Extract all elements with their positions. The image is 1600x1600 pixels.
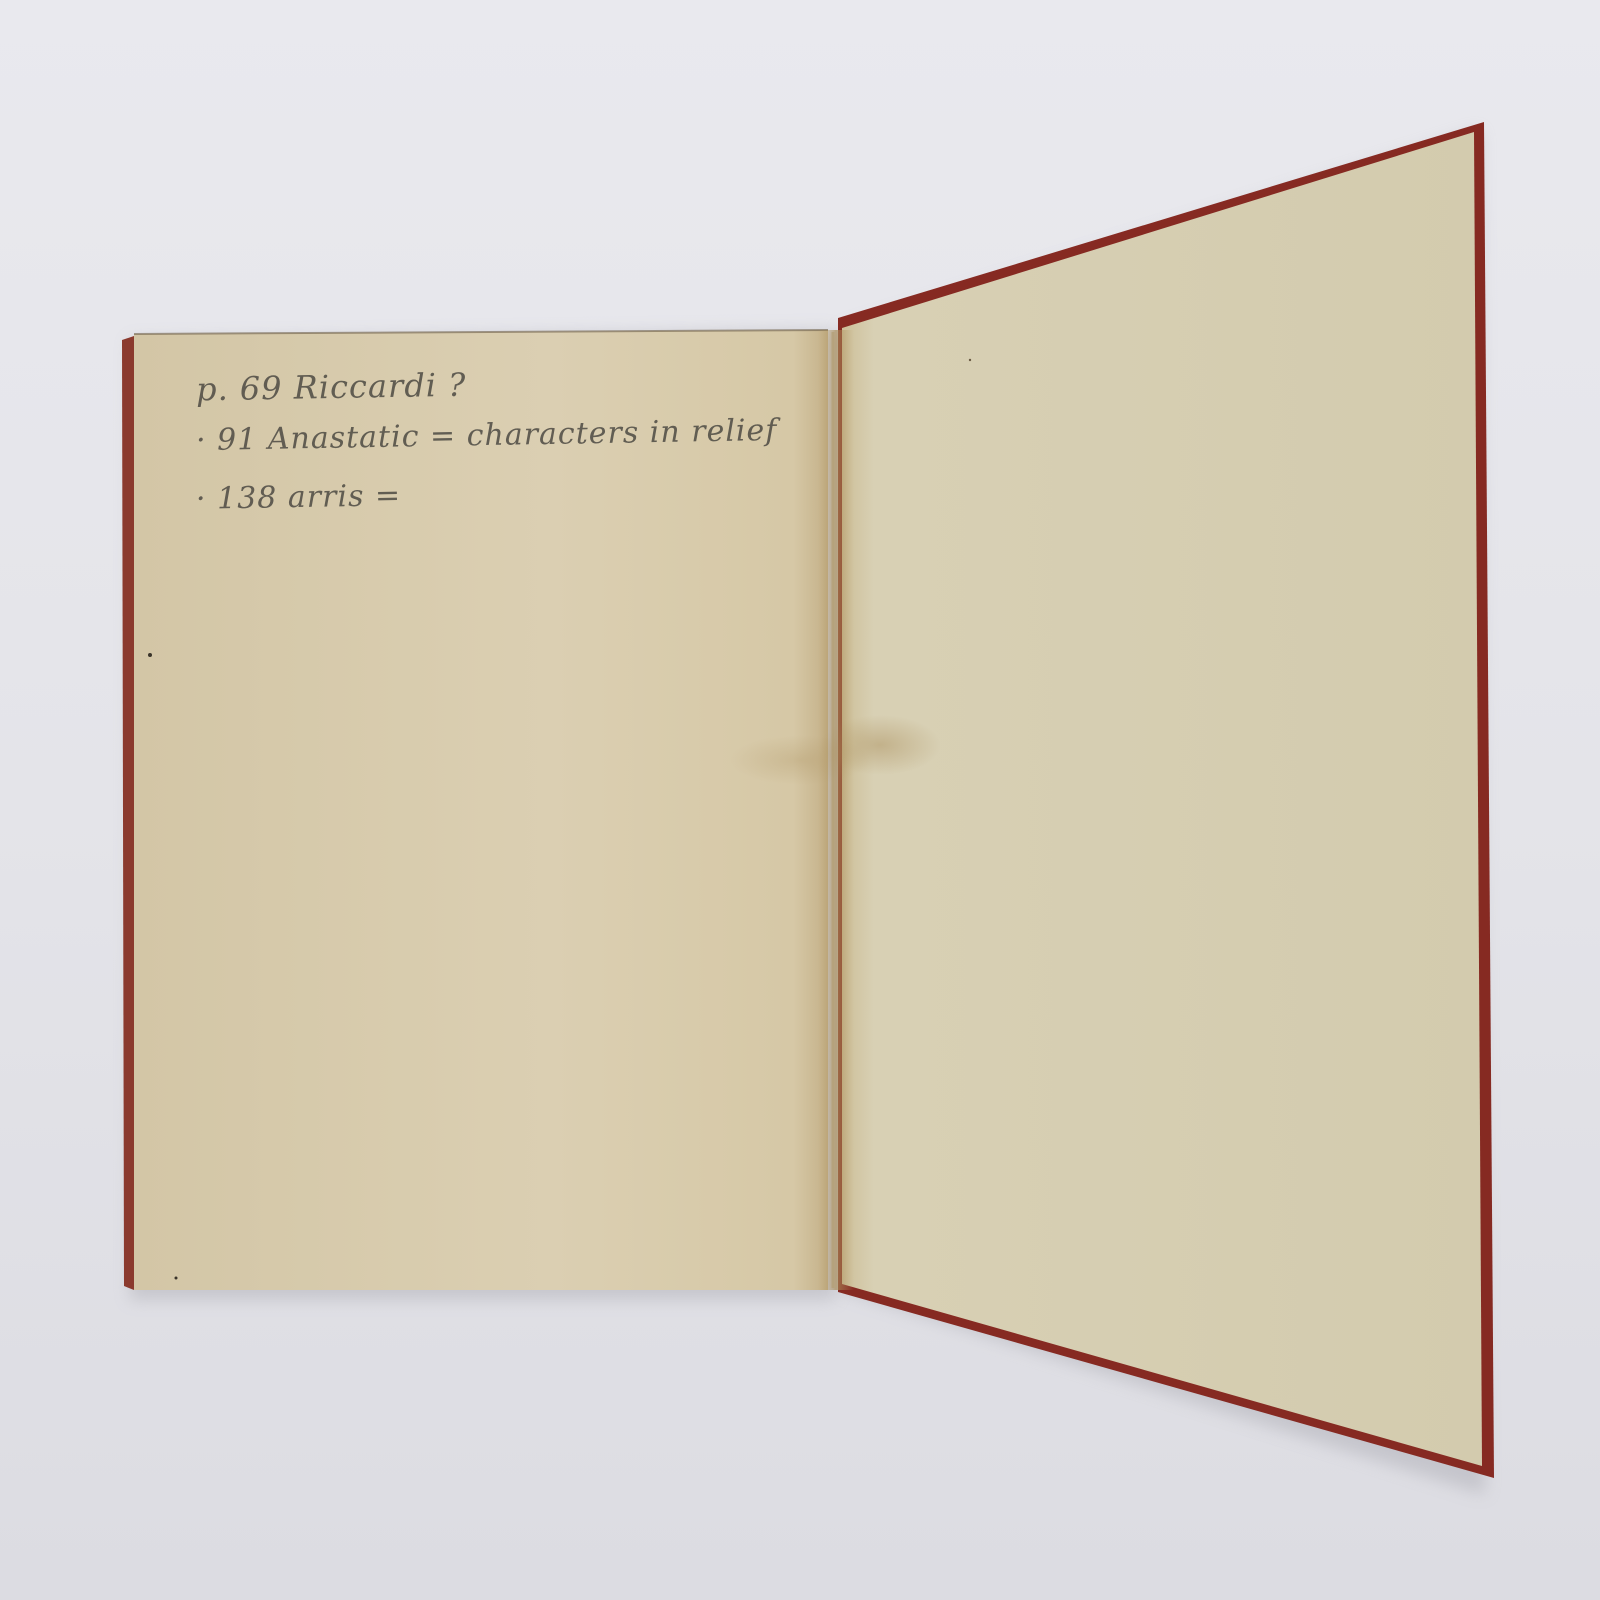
handwritten-note: p. 69 Riccardi ? (196, 366, 467, 409)
open-book (0, 0, 1600, 1600)
gutter-stain (818, 330, 854, 1290)
left-page-stack (122, 336, 134, 1290)
photo-scene: p. 69 Riccardi ? · 91 Anastatic = charac… (0, 0, 1600, 1600)
left-page (134, 330, 828, 1290)
right-page (842, 132, 1482, 1466)
handwritten-note: · 138 arris = (196, 478, 402, 517)
